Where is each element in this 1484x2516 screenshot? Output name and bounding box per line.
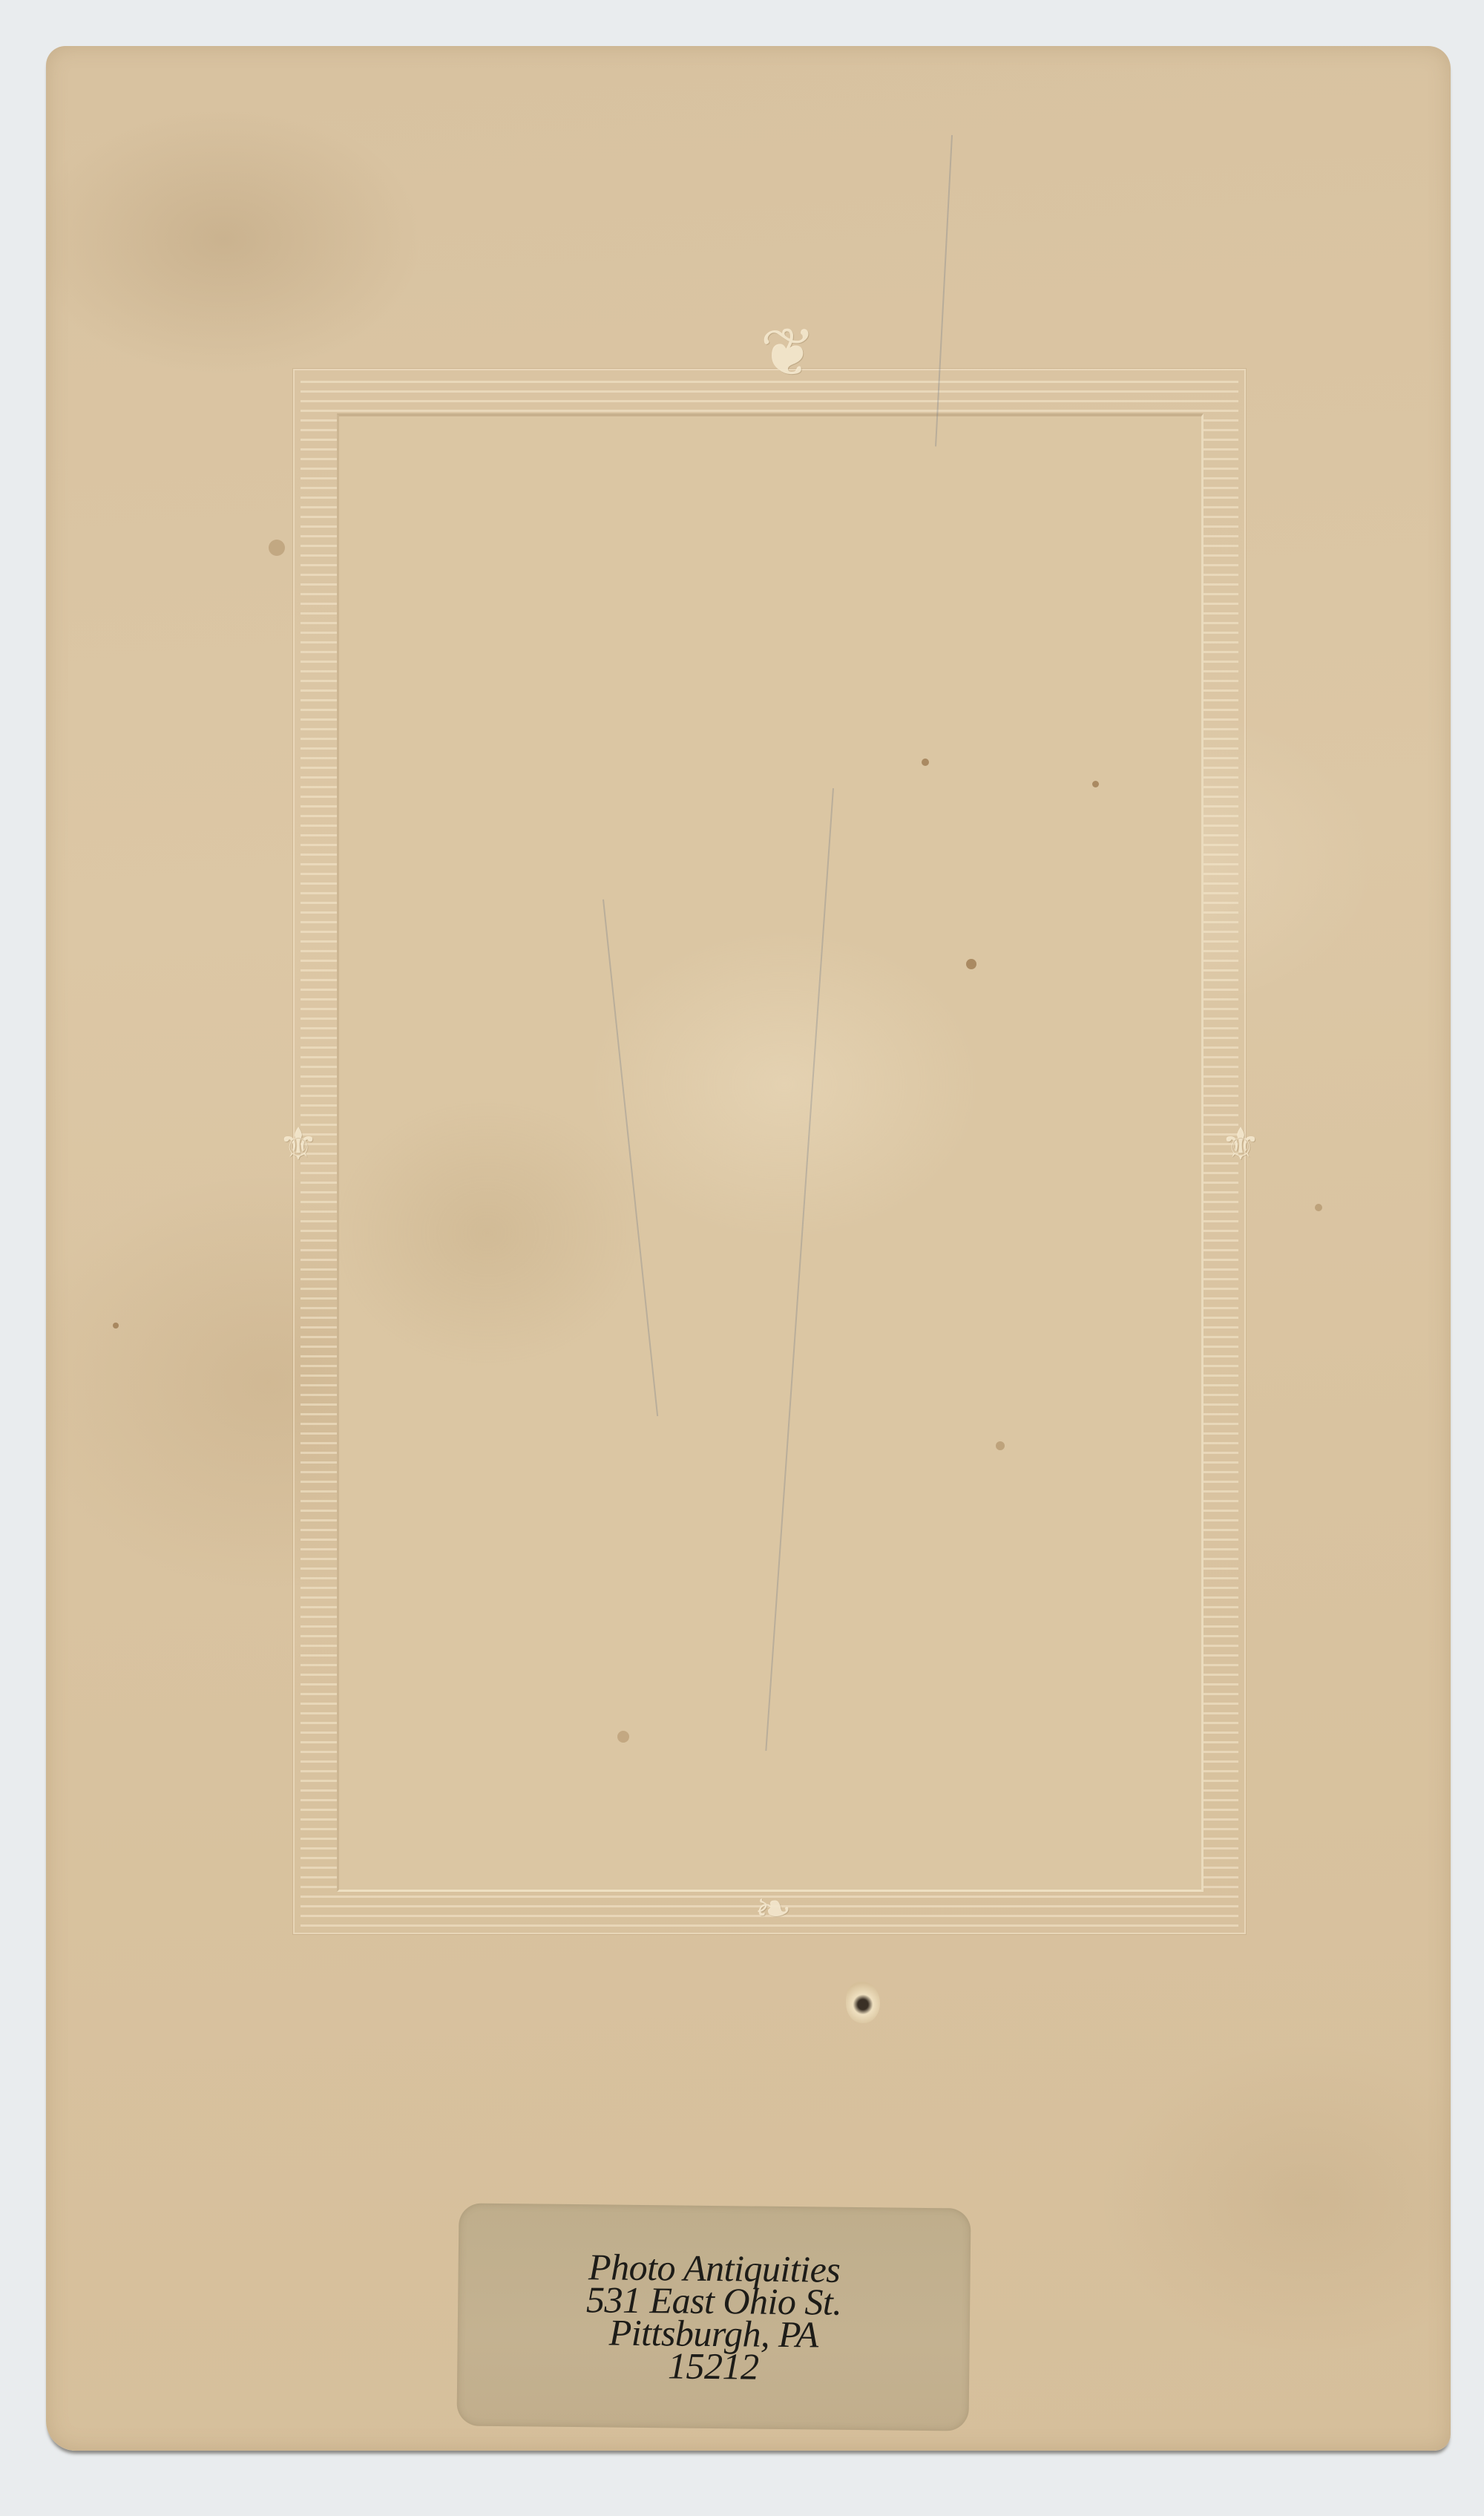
puncture-hole (846, 1982, 880, 2023)
foxing-spot (996, 1441, 1005, 1450)
foxing-spot (269, 540, 285, 556)
cabinet-card-back: ❦ ❧ ⚜ ⚜ (46, 46, 1451, 2451)
foxing-spot (922, 759, 929, 766)
dealer-zip: 15212 (668, 2349, 759, 2382)
foxing-spot (1092, 781, 1099, 787)
right-ornament-icon: ⚜ (1211, 1122, 1270, 1167)
foxing-spot (1315, 1204, 1322, 1211)
left-ornament-icon: ⚜ (269, 1122, 328, 1167)
top-ornament-icon: ❦ (684, 321, 892, 387)
foxing-spot (966, 959, 976, 969)
foxing-spot (113, 1323, 119, 1329)
foxing-spot (617, 1731, 629, 1743)
bottom-ornament-icon: ❧ (699, 1887, 847, 1931)
dealer-sticker: Photo Antiquities 531 East Ohio St. Pitt… (456, 2203, 971, 2431)
